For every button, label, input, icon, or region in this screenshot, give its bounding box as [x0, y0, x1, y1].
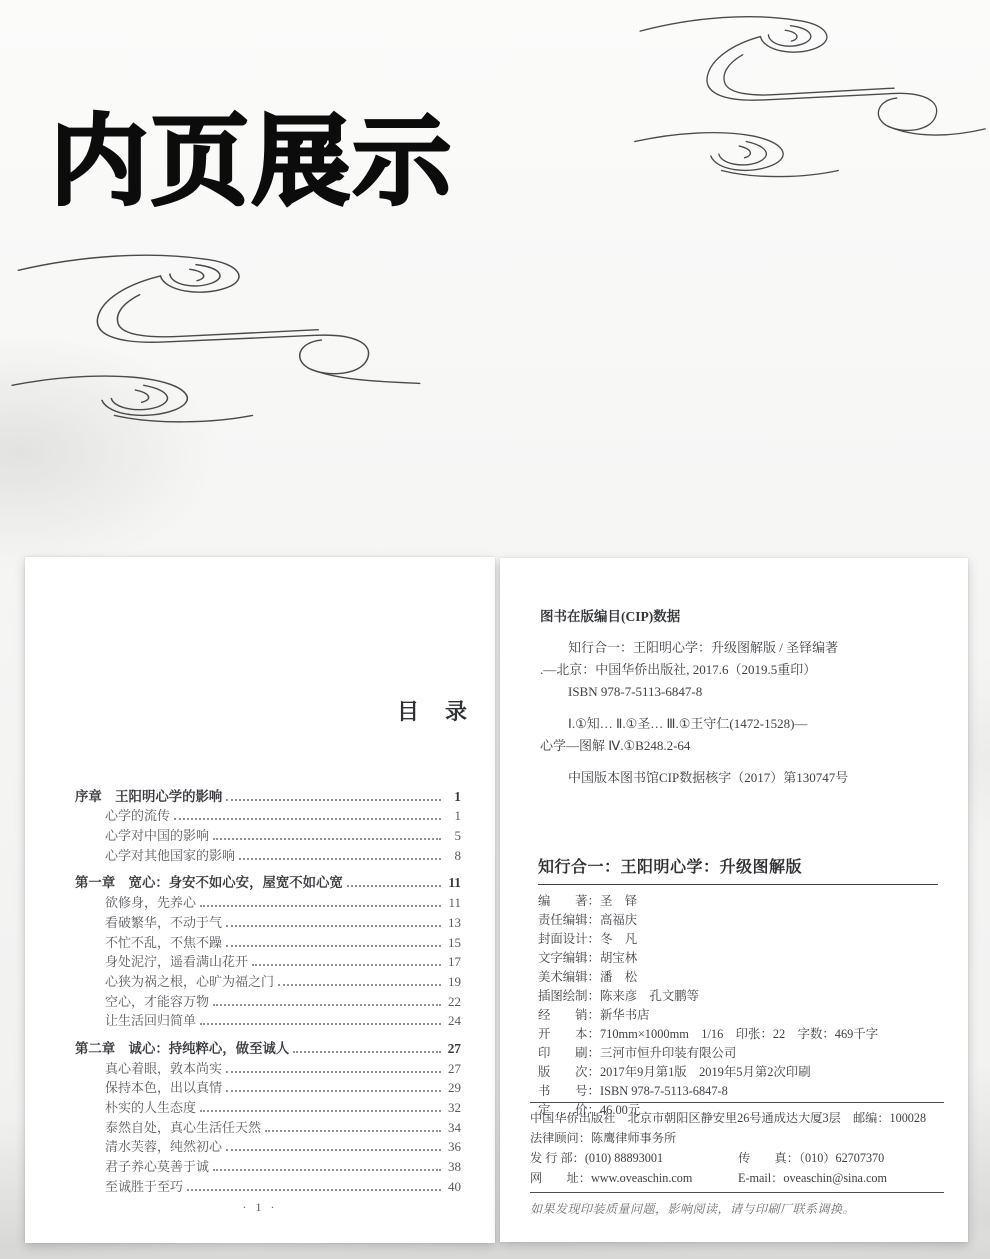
email: E-mail：oveaschin@sina.com [738, 1168, 944, 1188]
toc-entry-page: 32 [445, 1100, 461, 1116]
credit-label: 美术编辑： [538, 970, 600, 984]
copyright-page: 图书在版编目(CIP)数据 知行合一：王阳明心学：升级图解版 / 圣铎编著 .—… [500, 558, 968, 1242]
toc-entry-label: 让生活回归简单 [105, 1010, 196, 1029]
toc-entry: 心狭为祸之根，心旷为福之门 19 [75, 970, 461, 990]
credit-label: 编 著： [538, 894, 600, 908]
dot-leader [226, 1090, 441, 1092]
publisher-block: 中国华侨出版社 北京市朝阳区静安里26号通成达大厦3层 邮编：100028 法律… [530, 1102, 944, 1219]
book-title-block: 知行合一：王阳明心学：升级图解版 [538, 854, 938, 885]
toc-entry: 君子养心莫善于诚 38 [75, 1155, 461, 1175]
dot-leader [347, 885, 441, 887]
toc-entry-label: 不忙不乱，不焦不躁 [105, 932, 222, 951]
toc-entry-page: 5 [445, 828, 461, 844]
credit-row: 经 销：新华书店 [538, 1006, 938, 1025]
toc-entry-label: 欲修身，先养心 [105, 892, 196, 911]
quality-notice: 如果发现印装质量问题，影响阅读，请与印刷厂联系调换。 [530, 1192, 944, 1219]
toc-entry-page: 27 [445, 1061, 461, 1077]
credits-block: 编 著：圣 铎 责任编辑：高福庆 封面设计：冬 凡 文字编辑：胡宝林 美术编辑：… [538, 892, 938, 1120]
toc-entry-label: 身处泥泞，遥看满山花开 [105, 951, 248, 970]
cip-line: 知行合一：王阳明心学：升级图解版 / 圣铎编著 [540, 637, 942, 659]
toc-entry-page: 19 [445, 974, 461, 990]
toc-entry-page: 17 [445, 954, 461, 970]
contact-value: （010）62707370 [799, 1151, 884, 1165]
cip-heading: 图书在版编目(CIP)数据 [540, 606, 942, 628]
contact-value: oveaschin@sina.com [783, 1171, 887, 1185]
publisher-address: 中国华侨出版社 北京市朝阳区静安里26号通成达大厦3层 邮编：100028 [530, 1108, 944, 1128]
dot-leader [293, 1051, 441, 1053]
website: 网 址：www.oveaschin.com [530, 1168, 738, 1188]
toc-entry-page: 13 [445, 915, 461, 931]
page-number: · 1 · [25, 1200, 495, 1215]
credit-label: 责任编辑： [538, 913, 600, 927]
contact-label: 网 址： [530, 1171, 591, 1185]
toc-entry-label: 至诚胜于至巧 [105, 1176, 183, 1195]
toc-entry-label: 清水芙蓉，纯然初心 [105, 1136, 222, 1155]
dot-leader [187, 1189, 441, 1191]
credit-row: 美术编辑：潘 松 [538, 968, 938, 987]
quality-notice-text: 如果发现印装质量问题，影响阅读，请与印刷厂联系调换。 [530, 1199, 944, 1219]
toc-entry-label: 心狭为祸之根，心旷为福之门 [105, 971, 274, 990]
credit-label: 插图绘制： [538, 989, 600, 1003]
toc-entry: 至诚胜于至巧 40 [75, 1175, 461, 1195]
toc-entry-page: 1 [445, 808, 461, 824]
book-title: 知行合一：王阳明心学：升级图解版 [538, 854, 938, 885]
dot-leader [265, 1130, 441, 1132]
credit-label: 经 销： [538, 1008, 600, 1022]
toc-entry: 看破繁华，不动于气 13 [75, 911, 461, 931]
dot-leader [226, 945, 441, 947]
toc-entry: 欲修身，先养心 11 [75, 891, 461, 911]
fax-number: 传 真：（010）62707370 [738, 1148, 944, 1168]
credit-row: 责任编辑：高福庆 [538, 911, 938, 930]
credit-row: 印 刷：三河市恒升印装有限公司 [538, 1044, 938, 1063]
page-title: 内页展示 [50, 110, 454, 213]
toc-entry-page: 40 [445, 1179, 461, 1195]
toc-entry-label: 空心，才能容万物 [105, 991, 209, 1010]
toc-entry-label: 心学的流传 [105, 805, 170, 824]
cip-line: ISBN 978-7-5113-6847-8 [540, 681, 942, 703]
toc-entry-label: 泰然自处，真心生活任天然 [105, 1117, 261, 1136]
toc-entry: 心学对中国的影响 5 [75, 824, 461, 844]
toc-entry: 清水芙蓉，纯然初心 36 [75, 1136, 461, 1156]
toc-entry-page: 38 [445, 1159, 461, 1175]
toc-entry-page: 1 [445, 789, 461, 805]
toc-entry-label: 朴实的人生态度 [105, 1097, 196, 1116]
toc-entry-page: 11 [445, 875, 461, 891]
toc-entry: 序章 王阳明心学的影响 1 [75, 785, 461, 805]
credit-value: 陈来彦 孔文鹏等 [600, 989, 699, 1003]
dot-leader [226, 925, 441, 927]
toc-entry: 朴实的人生态度 32 [75, 1096, 461, 1116]
dot-leader [226, 1071, 441, 1073]
credit-label: 版 次： [538, 1065, 600, 1079]
toc-entry-label: 序章 王阳明心学的影响 [75, 786, 222, 805]
cip-line: 心学—图解 Ⅳ.①B248.2-64 [540, 735, 942, 757]
dot-leader [174, 818, 441, 820]
credit-value: 2017年9月第1版 2019年5月第2次印刷 [600, 1065, 811, 1079]
credit-value: 高福庆 [600, 913, 637, 927]
credit-row: 开 本：710mm×1000mm 1/16 印张：22 字数：469千字 [538, 1025, 938, 1044]
contact-value: www.oveaschin.com [591, 1171, 692, 1185]
dot-leader [213, 1169, 441, 1171]
toc-entry: 让生活回归简单 24 [75, 1010, 461, 1030]
toc-entry-page: 22 [445, 994, 461, 1010]
cip-block: 图书在版编目(CIP)数据 知行合一：王阳明心学：升级图解版 / 圣铎编著 .—… [540, 606, 942, 789]
credit-value: ISBN 978-7-5113-6847-8 [600, 1084, 728, 1098]
dot-leader [213, 838, 441, 840]
toc-entry-page: 8 [445, 848, 461, 864]
credit-value: 新华书店 [600, 1008, 650, 1022]
dot-leader [200, 1023, 441, 1025]
toc-entry-label: 看破繁华，不动于气 [105, 912, 222, 931]
toc-entry: 不忙不乱，不焦不躁 15 [75, 931, 461, 951]
toc-entry-page: 34 [445, 1120, 461, 1136]
toc-entry-label: 第二章 诚心：持纯粹心，做至诚人 [75, 1038, 289, 1057]
cloud-swirl-icon [633, 4, 987, 194]
credit-row: 书 号：ISBN 978-7-5113-6847-8 [538, 1082, 938, 1101]
toc-entry: 泰然自处，真心生活任天然 34 [75, 1116, 461, 1136]
dot-leader [252, 964, 441, 966]
credit-row: 插图绘制：陈来彦 孔文鹏等 [538, 987, 938, 1006]
promo-image: 内页展示 [0, 0, 990, 1259]
toc-entry: 第一章 宽心：身安不如心安，屋宽不如心宽 11 [75, 872, 461, 892]
distribution-phone: 发 行 部：(010) 88893001 [530, 1148, 738, 1168]
dot-leader [278, 984, 441, 986]
toc-group: 第二章 诚心：持纯粹心，做至诚人 27 真心着眼，敦本尚实 27 保持本色，出以… [75, 1037, 461, 1195]
toc-entry: 空心，才能容万物 22 [75, 990, 461, 1010]
contact-label: 传 真： [738, 1151, 799, 1165]
toc-entry-label: 心学对中国的影响 [105, 825, 209, 844]
cloud-swirl-icon [10, 242, 428, 440]
credit-value: 潘 松 [600, 970, 637, 984]
cip-line: 中国版本图书馆CIP数据核字（2017）第130747号 [540, 767, 942, 789]
toc-entry-label: 真心着眼，敦本尚实 [105, 1058, 222, 1077]
toc-heading: 目 录 [397, 695, 469, 726]
contact-value: (010) 88893001 [585, 1151, 663, 1165]
credit-label: 开 本： [538, 1027, 600, 1041]
toc-entry-page: 36 [445, 1139, 461, 1155]
toc-entry-page: 24 [445, 1013, 461, 1029]
toc-entry: 第二章 诚心：持纯粹心，做至诚人 27 [75, 1037, 461, 1057]
credit-value: 710mm×1000mm 1/16 印张：22 字数：469千字 [600, 1027, 878, 1041]
credit-row: 文字编辑：胡宝林 [538, 949, 938, 968]
toc-entry: 保持本色，出以真情 29 [75, 1077, 461, 1097]
contact-row: 发 行 部：(010) 88893001 传 真：（010）62707370 [530, 1148, 944, 1168]
toc-group: 第一章 宽心：身安不如心安，屋宽不如心宽 11 欲修身，先养心 11 看破繁华，… [75, 872, 461, 1030]
credit-label: 封面设计： [538, 932, 600, 946]
legal-counsel: 法律顾问：陈鹰律师事务所 [530, 1128, 944, 1148]
contact-row: 网 址：www.oveaschin.com E-mail：oveaschin@s… [530, 1168, 944, 1188]
credit-label: 印 刷： [538, 1046, 600, 1060]
cip-line: .—北京：中国华侨出版社, 2017.6（2019.5重印） [540, 659, 942, 681]
credit-value: 胡宝林 [600, 951, 637, 965]
contact-label: 发 行 部： [530, 1151, 585, 1165]
dot-leader [226, 1149, 441, 1151]
toc-entry: 身处泥泞，遥看满山花开 17 [75, 951, 461, 971]
credit-row: 封面设计：冬 凡 [538, 930, 938, 949]
credit-label: 文字编辑： [538, 951, 600, 965]
dot-leader [200, 1110, 441, 1112]
toc-group: 序章 王阳明心学的影响 1 心学的流传 1 心学对中国的影响 5 心学对其他国家… [75, 785, 461, 864]
credit-value: 三河市恒升印装有限公司 [600, 1046, 736, 1060]
toc-entry: 心学对其他国家的影响 8 [75, 844, 461, 864]
dot-leader [226, 799, 441, 801]
credit-label: 书 号： [538, 1084, 600, 1098]
dot-leader [213, 1004, 441, 1006]
toc-entry-page: 11 [445, 895, 461, 911]
toc-entry-label: 心学对其他国家的影响 [105, 845, 235, 864]
toc-entry-page: 15 [445, 935, 461, 951]
credit-row: 版 次：2017年9月第1版 2019年5月第2次印刷 [538, 1063, 938, 1082]
cip-line: Ⅰ.①知… Ⅱ.①圣… Ⅲ.①王守仁(1472-1528)— [540, 713, 942, 735]
toc-page: 目 录 序章 王阳明心学的影响 1 心学的流传 1 心学对中国的影响 5 [25, 557, 495, 1243]
toc-entry-label: 第一章 宽心：身安不如心安，屋宽不如心宽 [75, 872, 343, 891]
credit-row: 编 著：圣 铎 [538, 892, 938, 911]
credit-value: 冬 凡 [600, 932, 637, 946]
dot-leader [239, 858, 441, 860]
toc-entry-page: 29 [445, 1080, 461, 1096]
toc-list: 序章 王阳明心学的影响 1 心学的流传 1 心学对中国的影响 5 心学对其他国家… [75, 785, 461, 1203]
credit-value: 圣 铎 [600, 894, 637, 908]
toc-entry-label: 君子养心莫善于诚 [105, 1156, 209, 1175]
toc-entry: 心学的流传 1 [75, 805, 461, 825]
contact-label: E-mail： [738, 1171, 783, 1185]
toc-entry-label: 保持本色，出以真情 [105, 1077, 222, 1096]
toc-entry-page: 27 [445, 1041, 461, 1057]
dot-leader [200, 905, 441, 907]
toc-entry: 真心着眼，敦本尚实 27 [75, 1057, 461, 1077]
